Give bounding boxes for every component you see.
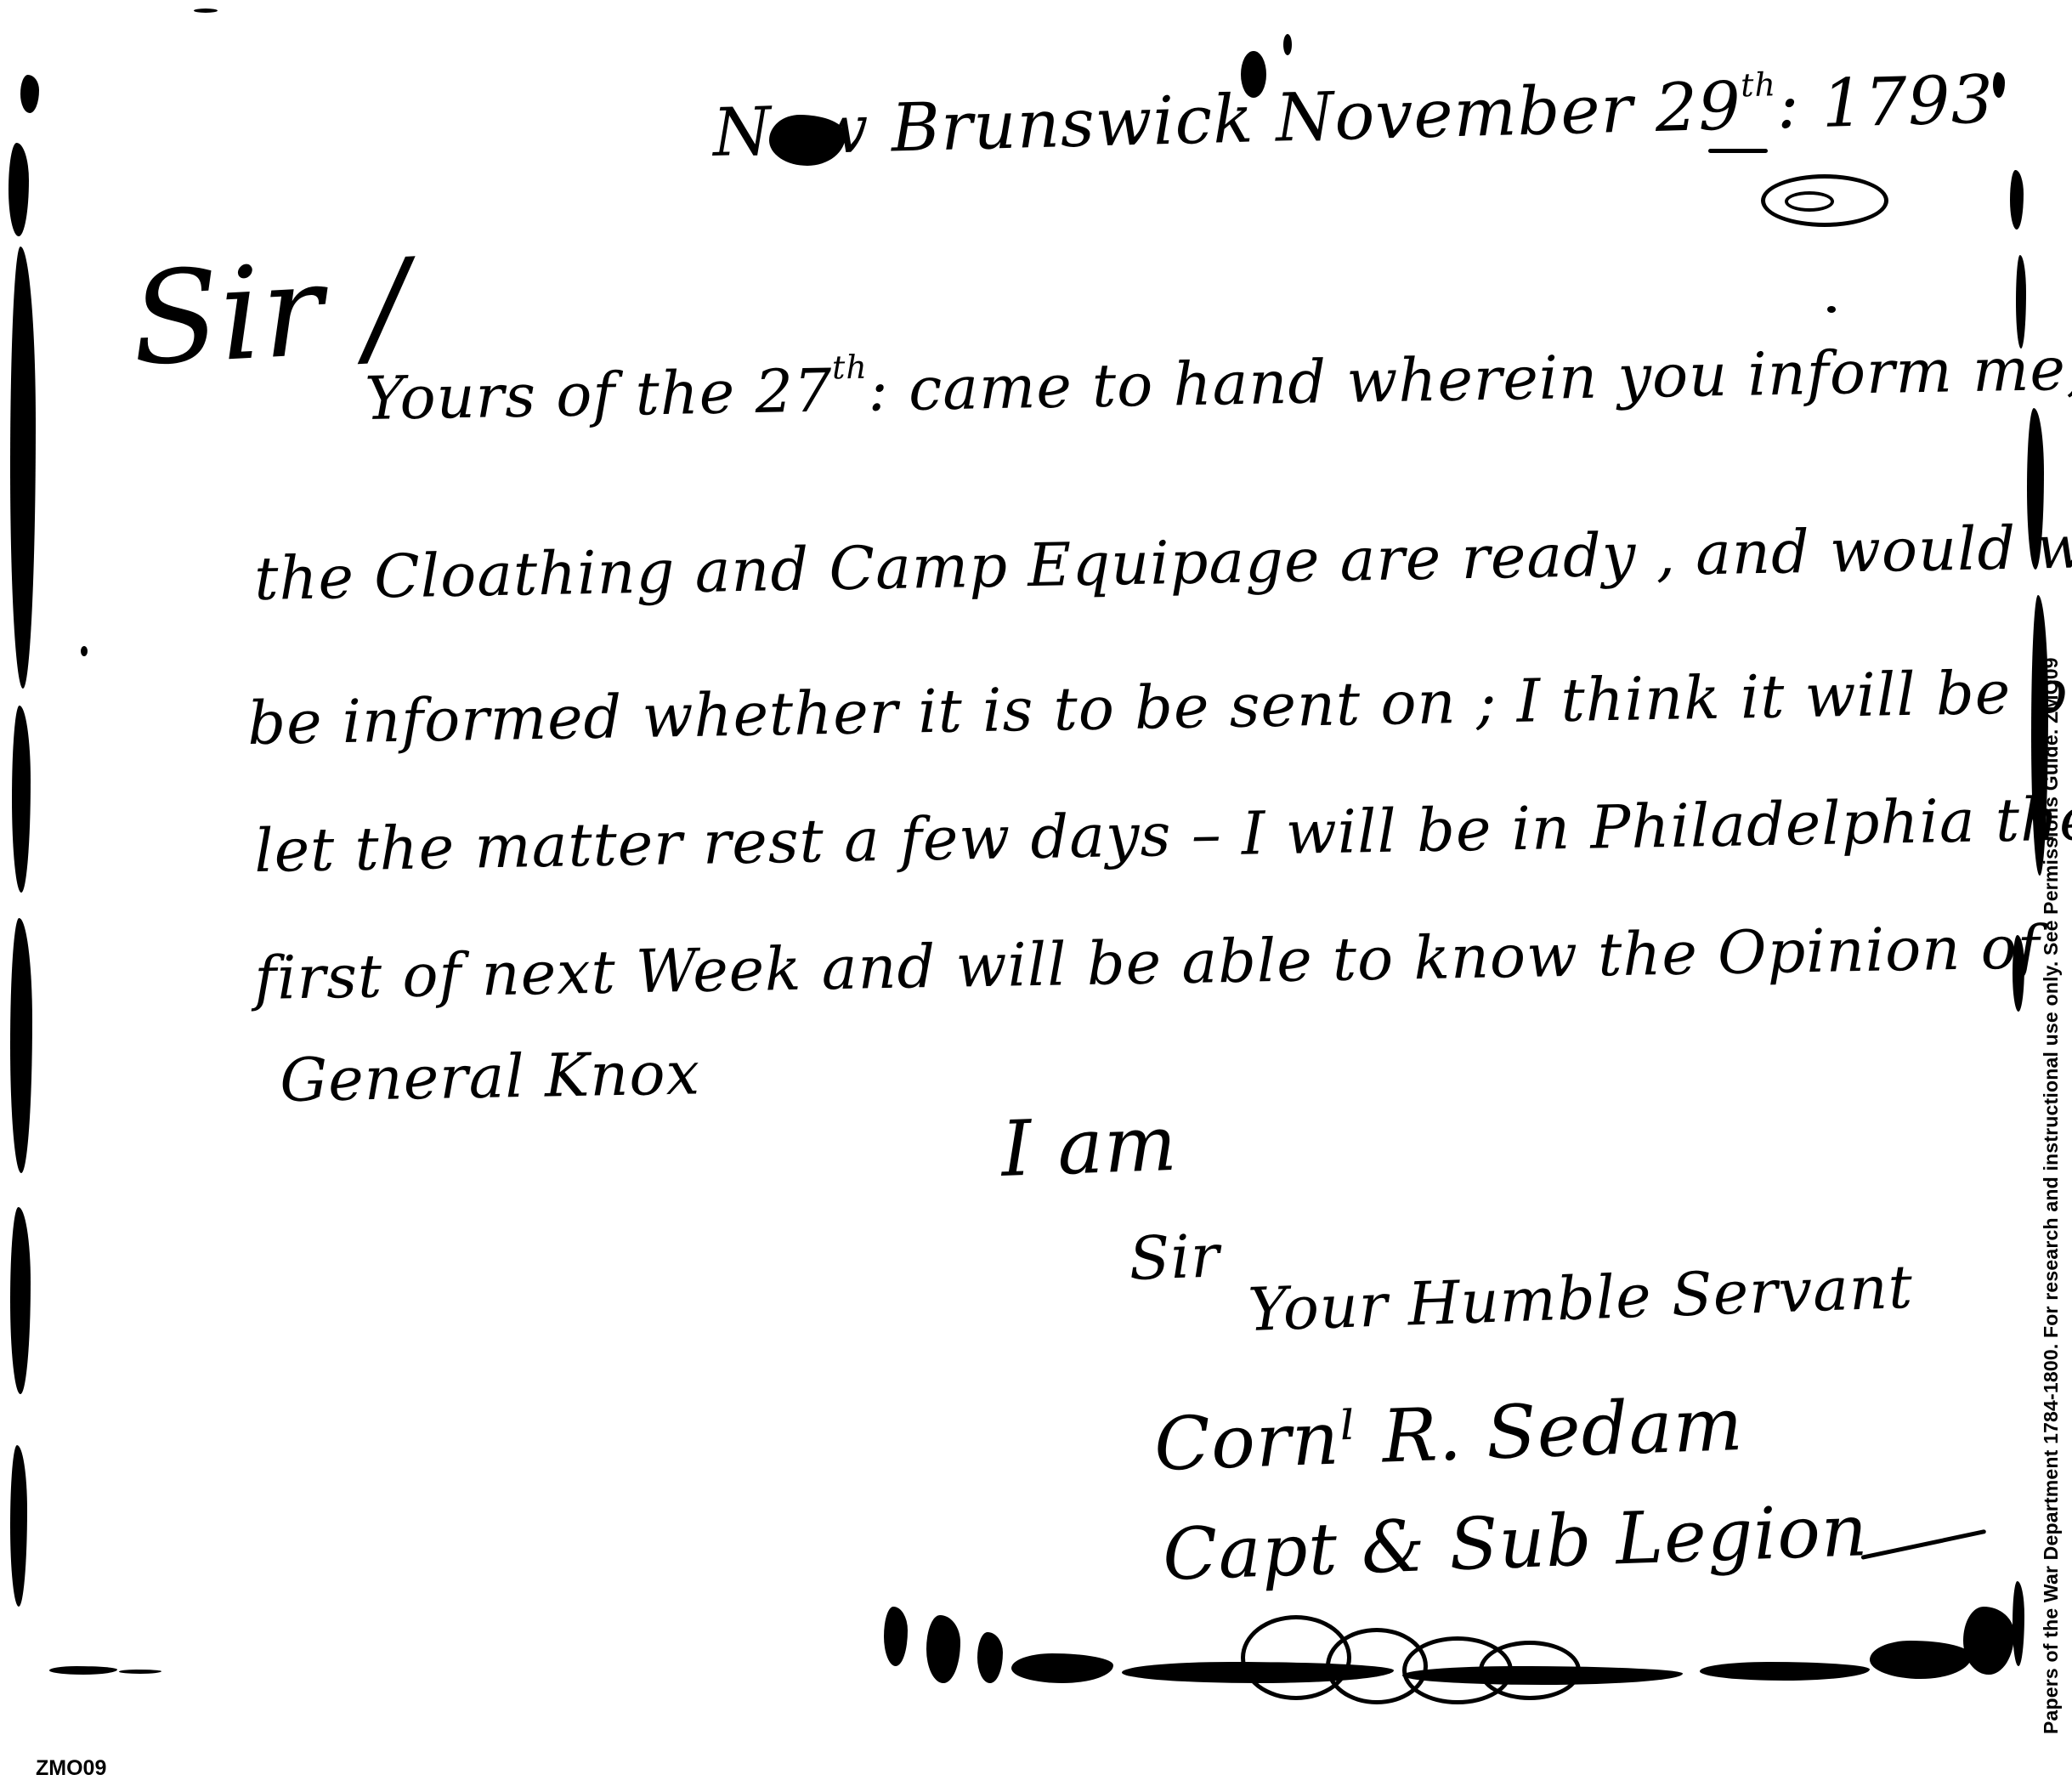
dateline-year: : 1793 <box>1775 62 1995 145</box>
letter-body-line-2: the Cloathing and Camp Equipage are read… <box>254 509 2072 614</box>
dateline-date-suffix: th <box>1741 65 1777 104</box>
scan-border-left <box>10 918 32 1173</box>
rights-caption: Papers of the War Department 1784-1800. … <box>2040 657 2063 1734</box>
scan-border-bottom <box>1963 1607 2014 1675</box>
closing-i-am: I am <box>999 1099 1179 1194</box>
signature-underline <box>1860 1529 1986 1560</box>
scan-border-bottom-left <box>49 1666 117 1675</box>
decorative-stroke <box>1708 149 1768 153</box>
scan-border-left <box>8 143 29 236</box>
letter-body-line-5: first of next Week and will be able to k… <box>254 912 2041 1013</box>
document-id-label: ZMO09 <box>36 1756 106 1781</box>
letter-body-line-1: Yours of the 27th: came to hand wherein … <box>364 325 2072 434</box>
decorative-flourish-icon <box>1785 191 1834 212</box>
dateline-date: November 29 <box>1275 68 1742 156</box>
scan-border-bottom-left <box>119 1670 161 1674</box>
scan-border-bottom <box>926 1615 960 1683</box>
scan-border-left <box>12 706 31 893</box>
scan-border-right <box>2010 170 2024 230</box>
scan-border-left <box>10 1445 27 1607</box>
closing-humble-servant: Your Humble Servant <box>1247 1252 1914 1345</box>
letter-body-line-4: let the matter rest a few days – I will … <box>254 784 2072 886</box>
scan-border-left-top <box>20 75 39 113</box>
scan-speck <box>81 646 88 656</box>
scanned-letter-page: New Brunswick November 29th: 1793 Sir / … <box>0 0 2023 1709</box>
letter-dateline: New Brunswick November 29th: 1793 <box>712 60 1996 172</box>
scan-border-right <box>1993 72 2005 98</box>
scan-border-left <box>10 1207 31 1394</box>
letter-body-line-3: be informed whether it is to be sent on … <box>247 654 2072 758</box>
scan-speck <box>1283 34 1292 55</box>
scan-border-left <box>10 247 36 689</box>
scan-border-bottom <box>884 1607 908 1666</box>
scan-border-bottom <box>1700 1662 1870 1681</box>
scan-border-bottom <box>1011 1653 1113 1683</box>
signature-name: Cornˡ R. Sedam <box>1153 1382 1745 1488</box>
signature-title: Capt & Sub Legion <box>1162 1488 1870 1596</box>
scan-border-bottom <box>977 1632 1003 1683</box>
letter-body-line-6: General Knox <box>280 1038 701 1115</box>
scan-border-right <box>2013 1581 2024 1666</box>
scan-speck <box>194 9 218 13</box>
signature-flourish-icon <box>1479 1641 1581 1700</box>
scan-speck <box>1827 306 1836 313</box>
scan-border-bottom <box>1870 1641 1972 1679</box>
closing-sir: Sir <box>1128 1221 1221 1294</box>
